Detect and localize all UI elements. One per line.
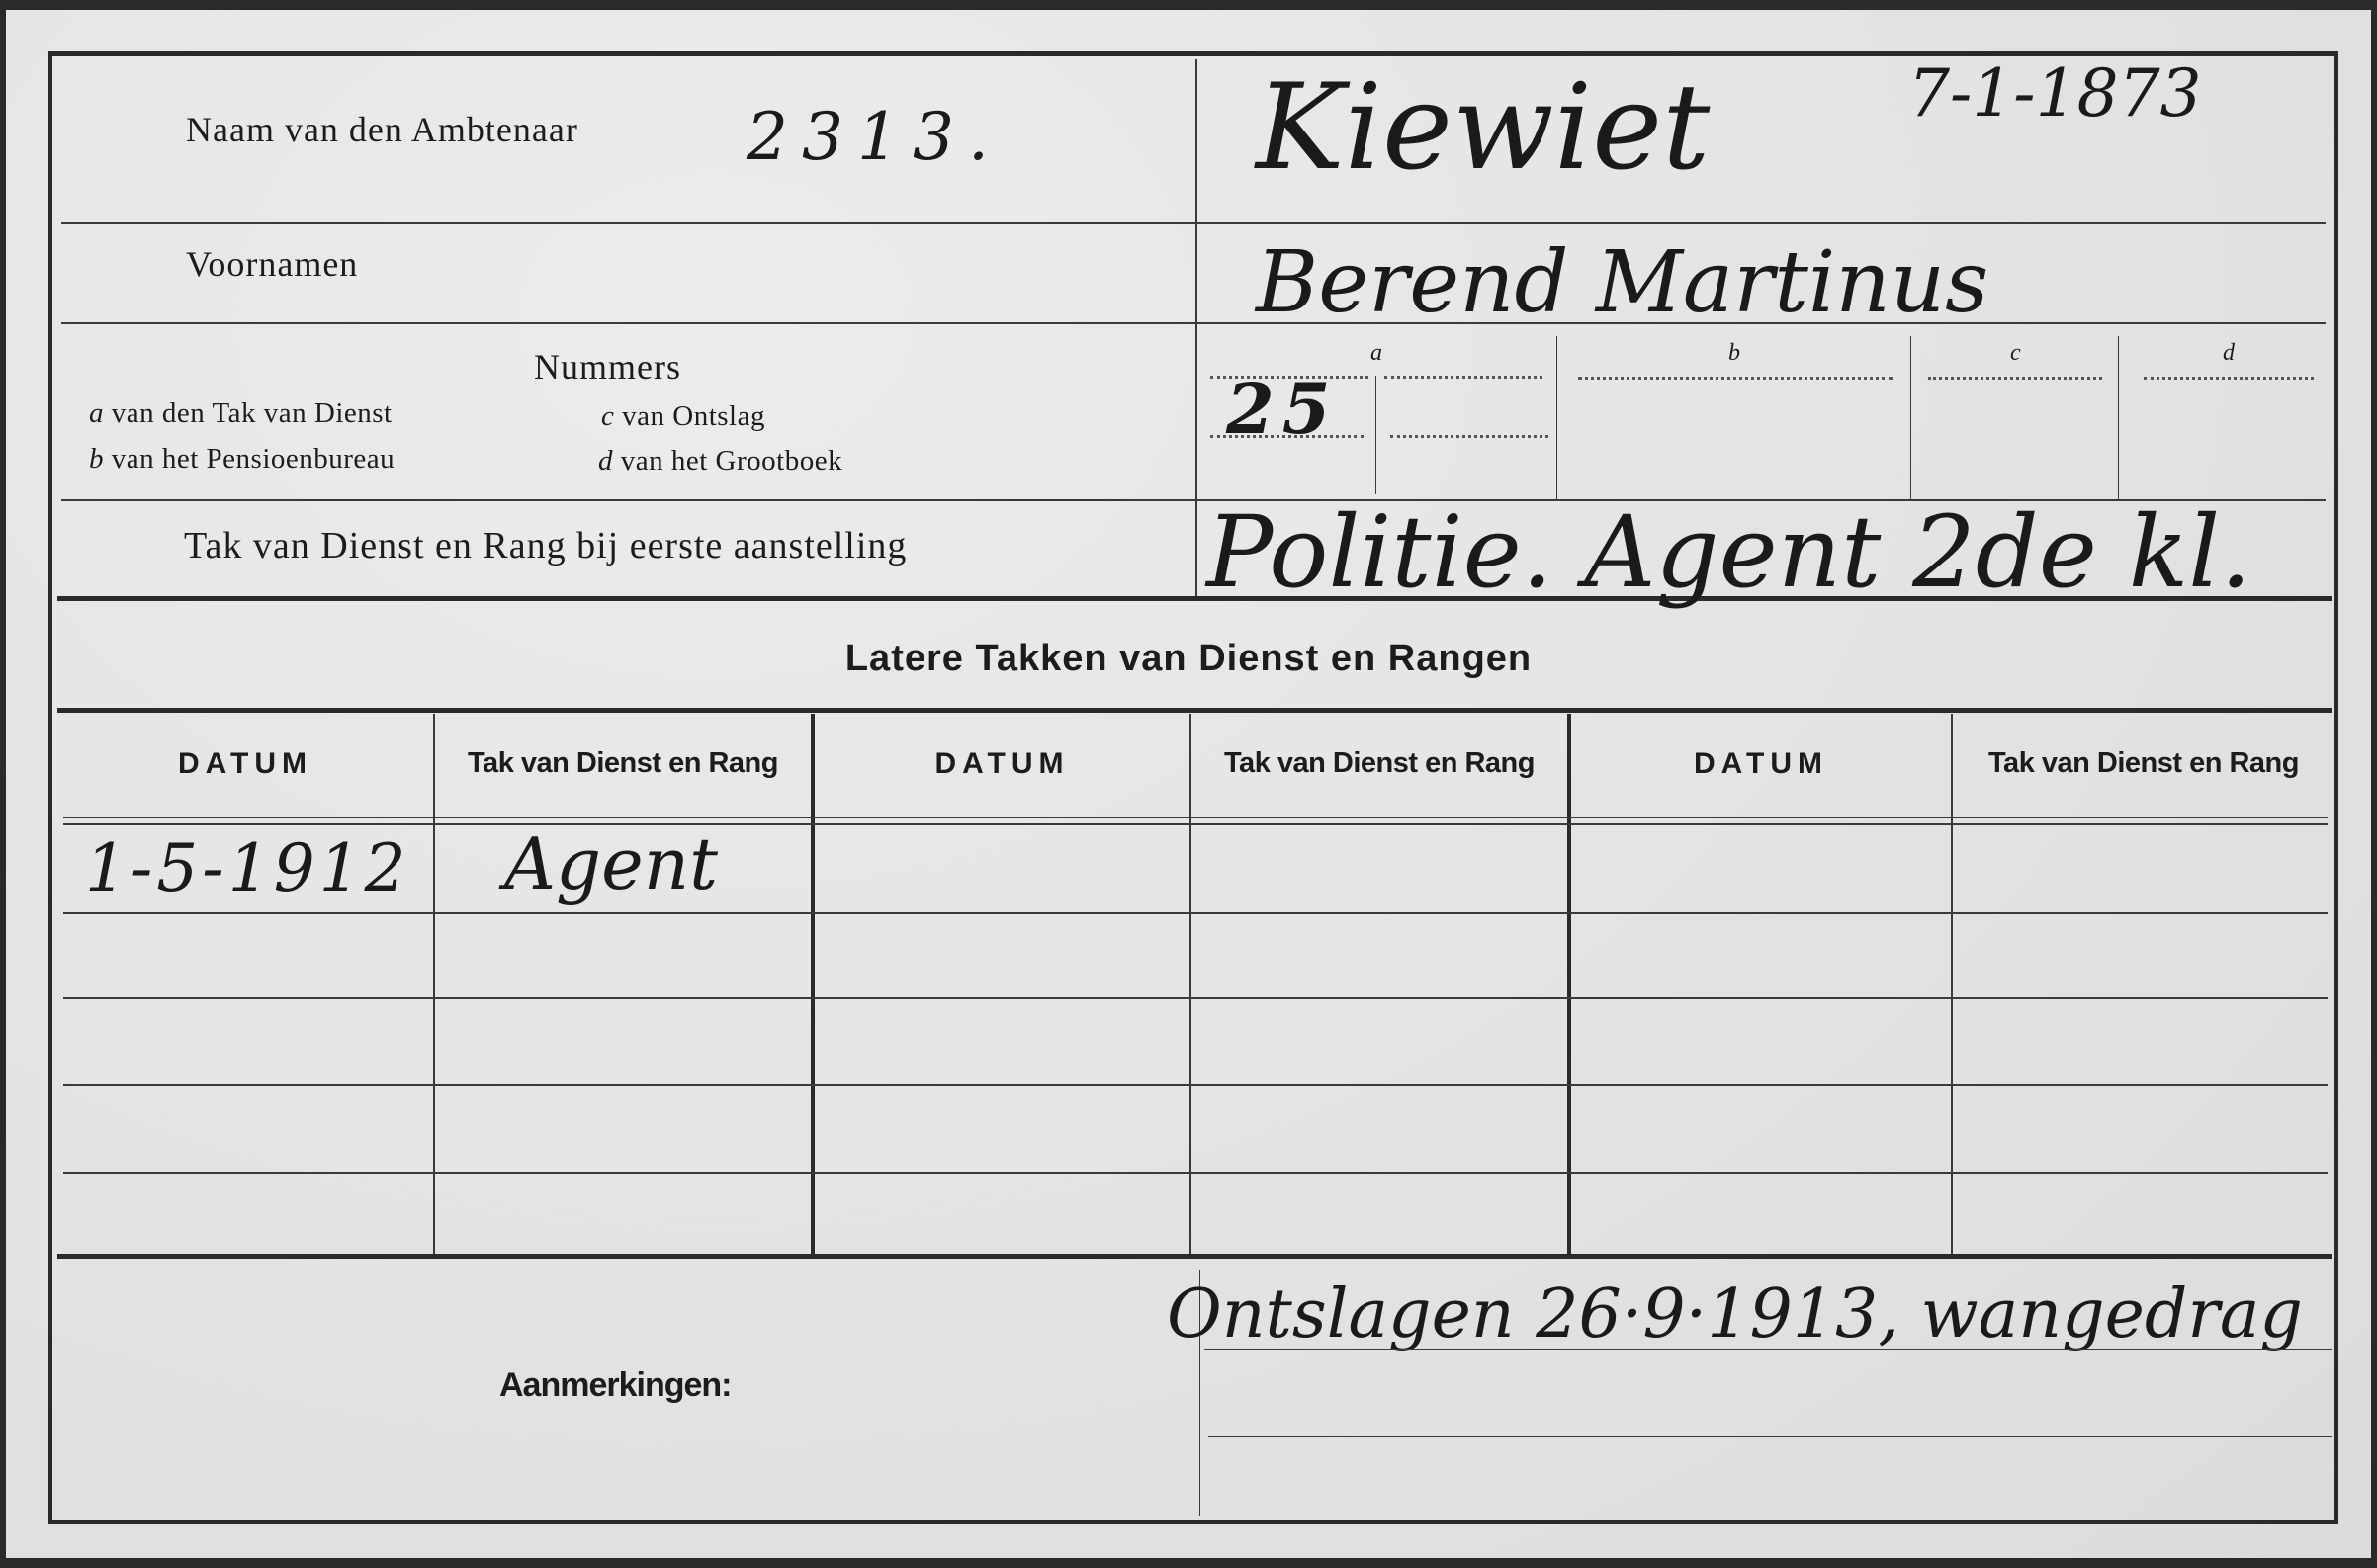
field-d-dots <box>2144 377 2314 380</box>
voornamen-value: Berend Martinus <box>1256 233 1988 332</box>
header-line-1 <box>63 817 2328 818</box>
letter-b-legend: b <box>89 443 104 475</box>
table-cell-tak-r1: Agent <box>504 823 718 906</box>
eerste-value: Politie. Agent 2de kl. <box>1206 494 2251 610</box>
nummer-bc-divider <box>1910 336 1911 499</box>
frame-bottom <box>50 1520 2338 1524</box>
nummers-d-label: van het Grootboek <box>621 445 842 477</box>
eerste-label: Tak van Dienst en Rang bij eerste aanste… <box>184 524 907 567</box>
field-a4-dots <box>1390 435 1548 438</box>
table-top-line <box>57 708 2332 713</box>
table-header-tak-3: Tak van Dienst en Rang <box>1953 747 2334 780</box>
nummers-c-label: van Ontslag <box>622 400 765 432</box>
nummer-a-value: 25 <box>1226 368 1338 450</box>
field-a2-dots <box>1384 376 1542 379</box>
nummers-a-label: van den Tak van Dienst <box>112 397 393 429</box>
nummer-a-split <box>1375 376 1376 494</box>
line-naam <box>61 222 2326 224</box>
table-header-datum-2: DATUM <box>815 747 1189 781</box>
nummer-ab-divider <box>1556 336 1557 499</box>
row-line-2 <box>63 997 2328 999</box>
table-header-datum-3: DATUM <box>1571 747 1951 781</box>
upper-divider <box>1195 59 1197 599</box>
letter-d: d <box>2223 340 2236 367</box>
letter-a-legend: a <box>89 397 104 429</box>
aanmerkingen-rule-2 <box>1208 1436 2332 1437</box>
naam-number: 2313. <box>747 99 1003 175</box>
birth-date: 7-1-1873 <box>1908 55 2202 131</box>
header-line-2 <box>63 823 2328 825</box>
table-cell-datum-r1: 1-5-1912 <box>85 830 410 907</box>
table-header-tak-2: Tak van Dienst en Rang <box>1191 747 1567 780</box>
row-line-4 <box>63 1172 2328 1174</box>
letter-a: a <box>1370 340 1383 367</box>
naam-label: Naam van den Ambtenaar <box>186 109 578 150</box>
nummer-cd-divider <box>2118 336 2119 499</box>
field-b-dots <box>1578 377 1893 380</box>
nummers-b-label: van het Pensioenbureau <box>112 443 395 475</box>
letter-b: b <box>1728 340 1741 367</box>
naam-value: Kiewiet <box>1256 59 1710 197</box>
nummers-title: Nummers <box>534 346 681 388</box>
frame-right <box>2334 51 2338 1524</box>
latere-title: Latere Takken van Dienst en Rangen <box>0 638 2377 680</box>
aanmerkingen-label: Aanmerkingen: <box>499 1366 732 1405</box>
row-line-1 <box>63 912 2328 914</box>
table-header-datum-1: DATUM <box>57 747 433 781</box>
letter-c: c <box>2010 340 2021 367</box>
table-header-tak-1: Tak van Dienst en Rang <box>435 747 811 780</box>
voornamen-label: Voornamen <box>186 243 358 285</box>
table-bottom-line <box>57 1254 2332 1259</box>
aanmerkingen-line-1: Ontslagen 26·9·1913, wangedrag <box>1167 1275 2303 1353</box>
letter-c-legend: c <box>601 400 614 432</box>
frame-left <box>48 51 52 1524</box>
letter-d-legend: d <box>598 445 613 477</box>
aanmerkingen-rule-1 <box>1204 1349 2332 1350</box>
field-c-dots <box>1928 377 2102 380</box>
row-line-3 <box>63 1084 2328 1086</box>
